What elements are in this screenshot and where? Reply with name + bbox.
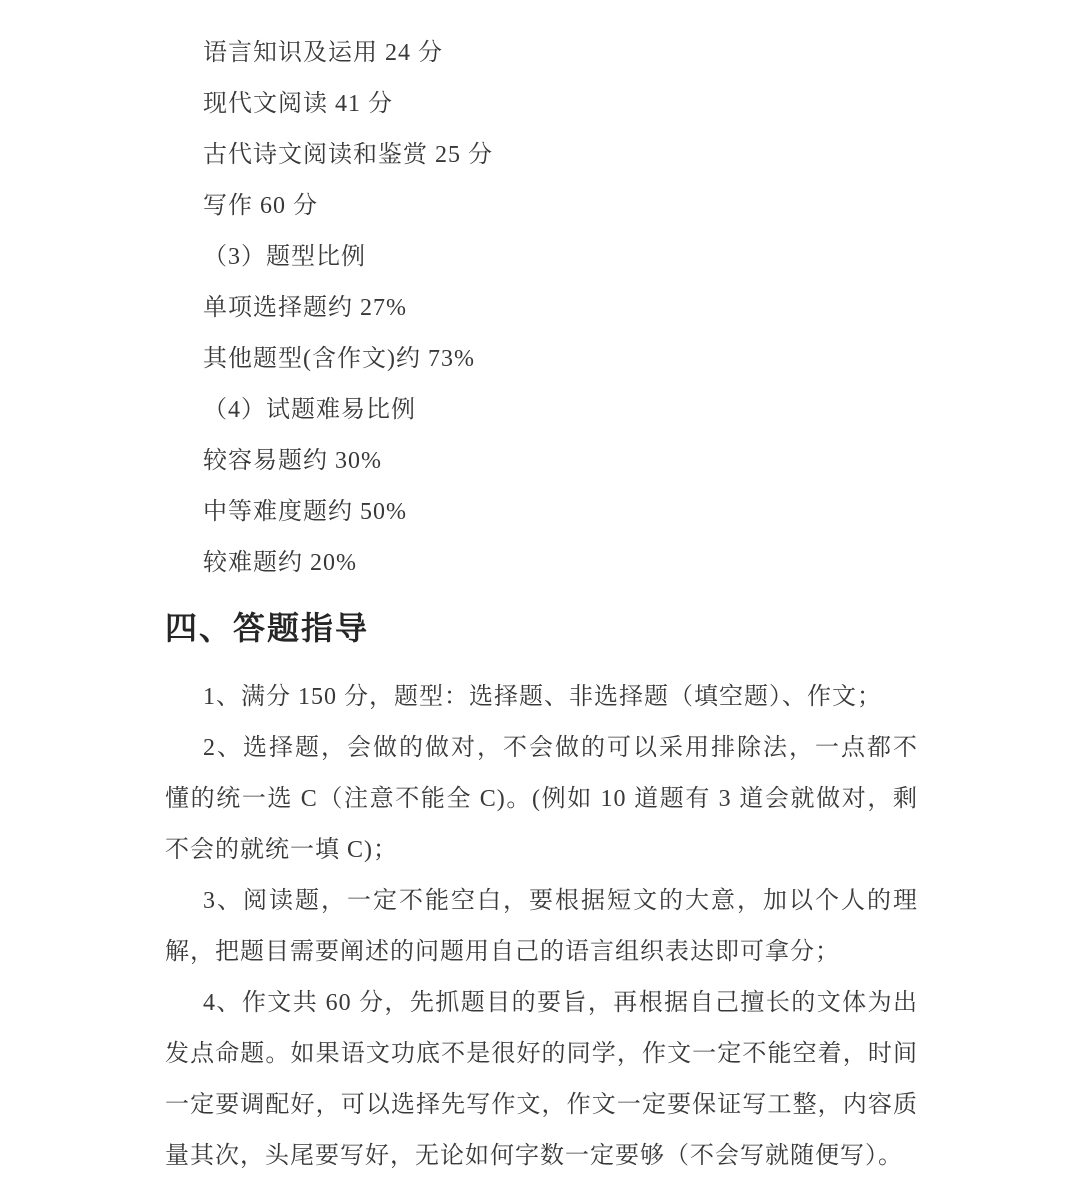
- paragraph-line: 4、作文共 60 分，先抓题目的要旨，再根据自己擅长的文体为出: [165, 978, 918, 1029]
- paragraph-line: 不会的就统一填 C)；: [165, 825, 918, 876]
- document-page: 语言知识及运用 24 分现代文阅读 41 分古代诗文阅读和鉴赏 25 分写作 6…: [165, 0, 918, 1182]
- paragraph-line: 3、阅读题，一定不能空白，要根据短文的大意，加以个人的理: [165, 876, 918, 927]
- paragraph-line: 1、满分 150 分，题型：选择题、非选择题（填空题）、作文；: [165, 672, 918, 723]
- section-heading: 四、答题指导: [165, 603, 918, 654]
- paragraph-line: 一定要调配好，可以选择先写作文，作文一定要保证写工整，内容质: [165, 1080, 918, 1131]
- score-line: 古代诗文阅读和鉴赏 25 分: [165, 130, 918, 181]
- paragraph-line: 量其次，头尾要写好，无论如何字数一定要够（不会写就随便写）。: [165, 1131, 918, 1182]
- score-line: 较容易题约 30%: [165, 436, 918, 487]
- score-line: 语言知识及运用 24 分: [165, 28, 918, 79]
- score-list: 语言知识及运用 24 分现代文阅读 41 分古代诗文阅读和鉴赏 25 分写作 6…: [165, 28, 918, 589]
- score-line: （4）试题难易比例: [165, 385, 918, 436]
- paragraph-line: 发点命题。如果语文功底不是很好的同学，作文一定不能空着，时间: [165, 1029, 918, 1080]
- paragraph-line: 2、选择题，会做的做对，不会做的可以采用排除法，一点都不: [165, 723, 918, 774]
- score-line: 其他题型(含作文)约 73%: [165, 334, 918, 385]
- score-line: 中等难度题约 50%: [165, 487, 918, 538]
- score-line: 单项选择题约 27%: [165, 283, 918, 334]
- paragraph-line: 懂的统一选 C（注意不能全 C)。(例如 10 道题有 3 道会就做对，剩下: [165, 774, 918, 825]
- score-line: 较难题约 20%: [165, 538, 918, 589]
- score-line: 现代文阅读 41 分: [165, 79, 918, 130]
- paragraph-line: 解，把题目需要阐述的问题用自己的语言组织表达即可拿分；: [165, 927, 918, 978]
- score-line: （3）题型比例: [165, 232, 918, 283]
- paragraphs: 1、满分 150 分，题型：选择题、非选择题（填空题）、作文；2、选择题，会做的…: [165, 672, 918, 1182]
- score-line: 写作 60 分: [165, 181, 918, 232]
